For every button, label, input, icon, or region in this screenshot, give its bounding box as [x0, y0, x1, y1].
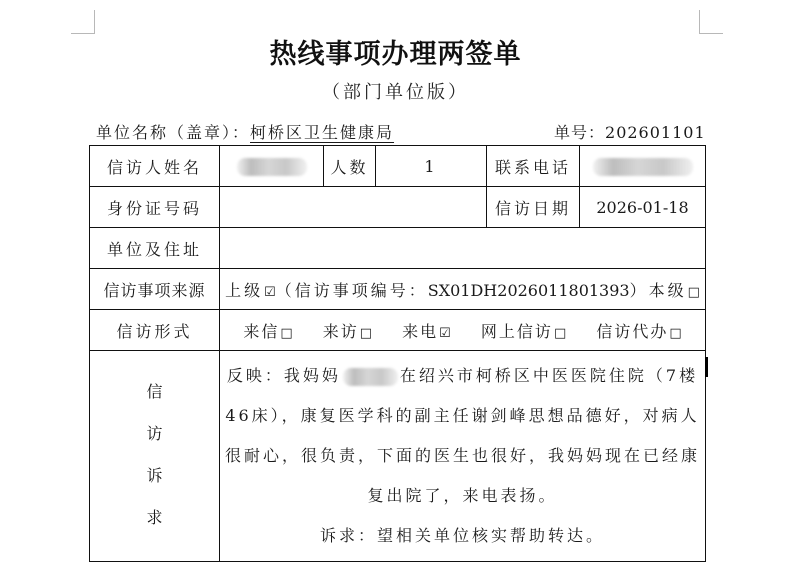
- serial-number-line: 单号：202601101: [554, 120, 706, 143]
- address-field[interactable]: [220, 228, 706, 269]
- table-row: 信访人姓名 人数 1 联系电话: [90, 146, 706, 187]
- document-subtitle: （部门单位版）: [0, 78, 791, 104]
- table-row: 单位及住址: [90, 228, 706, 269]
- case-number-suffix: ）: [630, 281, 649, 300]
- serial-label: 单号：: [554, 123, 605, 142]
- form-type-label: 信访形式: [90, 310, 220, 351]
- case-number-prefix: （信访事项编号：: [276, 281, 428, 300]
- appeal-label: 信 访 诉 求: [90, 351, 220, 562]
- form-option-label: 来访: [323, 322, 359, 341]
- page-corner-mark-top-left: [71, 10, 95, 34]
- form-option-checkbox[interactable]: □: [280, 326, 292, 341]
- visit-date-field[interactable]: 2026-01-18: [580, 187, 706, 228]
- form-option-label: 信访代办: [596, 322, 668, 341]
- source-superior-label: 上级: [225, 281, 263, 300]
- source-superior-checkbox[interactable]: ☑: [264, 285, 276, 300]
- unit-label: 单位名称（盖章）：: [96, 123, 250, 142]
- form-option-online[interactable]: 网上信访□: [481, 322, 566, 341]
- form-option-visit[interactable]: 来访□: [323, 322, 372, 341]
- unit-name[interactable]: 柯桥区卫生健康局: [250, 123, 394, 142]
- text-cursor: [705, 357, 708, 377]
- form-option-label: 来信: [243, 322, 279, 341]
- id-number-field[interactable]: [220, 187, 487, 228]
- source-local-label: 本级: [649, 281, 687, 300]
- appeal-line-5: 诉求：望相关单位核实帮助转达。: [220, 516, 705, 556]
- appeal-line-1: 反映：我妈妈在绍兴市柯桥区中医医院住院（7楼: [220, 356, 705, 396]
- form-option-checkbox[interactable]: □: [669, 326, 681, 341]
- redacted-name: [343, 368, 398, 386]
- appeal-label-char: 诉: [90, 455, 219, 497]
- page-corner-mark-top-right: [699, 10, 723, 34]
- appeal-text: 在绍兴市柯桥区中医医院住院（7楼: [400, 366, 698, 385]
- appeal-label-char: 信: [90, 371, 219, 413]
- form-type-options: 来信□ 来访□ 来电☑ 网上信访□ 信访代办□: [220, 310, 706, 351]
- appeal-label-char: 求: [90, 497, 219, 539]
- table-row: 信访事项来源 上级☑（信访事项编号：SX01DH2026011801393）本级…: [90, 269, 706, 310]
- form-option-label: 网上信访: [481, 322, 553, 341]
- document-title: 热线事项办理两签单: [0, 32, 791, 71]
- source-field: 上级☑（信访事项编号：SX01DH2026011801393）本级□: [220, 269, 706, 310]
- form-option-checkbox[interactable]: □: [360, 326, 372, 341]
- form-option-checkbox[interactable]: □: [554, 326, 566, 341]
- petition-form-table: 信访人姓名 人数 1 联系电话 身份证号码 信访日期 2026-01-18 单位…: [89, 145, 706, 562]
- form-option-proxy[interactable]: 信访代办□: [596, 322, 681, 341]
- form-option-label: 来电: [402, 322, 438, 341]
- phone-label: 联系电话: [487, 146, 580, 187]
- phone-field[interactable]: [580, 146, 706, 187]
- form-option-phone[interactable]: 来电☑: [402, 322, 451, 341]
- petitioner-name-field[interactable]: [220, 146, 324, 187]
- redacted-name: [237, 158, 307, 176]
- appeal-text: 反映：我妈妈: [227, 366, 341, 385]
- address-label: 单位及住址: [90, 228, 220, 269]
- redacted-phone: [593, 158, 693, 176]
- table-row: 信访形式 来信□ 来访□ 来电☑ 网上信访□ 信访代办□: [90, 310, 706, 351]
- petitioner-name-label: 信访人姓名: [90, 146, 220, 187]
- count-label: 人数: [324, 146, 376, 187]
- appeal-label-char: 访: [90, 413, 219, 455]
- case-number: SX01DH2026011801393: [428, 281, 630, 300]
- appeal-content[interactable]: 反映：我妈妈在绍兴市柯桥区中医医院住院（7楼 46床），康复医学科的副主任谢剑峰…: [220, 351, 706, 562]
- source-local-checkbox[interactable]: □: [688, 285, 700, 300]
- form-option-letter[interactable]: 来信□: [243, 322, 292, 341]
- source-label: 信访事项来源: [90, 269, 220, 310]
- visit-date-label: 信访日期: [487, 187, 580, 228]
- table-row: 身份证号码 信访日期 2026-01-18: [90, 187, 706, 228]
- appeal-line-3: 很耐心，很负责，下面的医生也很好，我妈妈现在已经康: [220, 436, 705, 476]
- table-row: 信 访 诉 求 反映：我妈妈在绍兴市柯桥区中医医院住院（7楼 46床），康复医学…: [90, 351, 706, 562]
- unit-line: 单位名称（盖章）：柯桥区卫生健康局: [96, 120, 394, 143]
- appeal-line-4: 复出院了，来电表扬。: [220, 476, 705, 516]
- id-number-label: 身份证号码: [90, 187, 220, 228]
- count-field[interactable]: 1: [376, 146, 487, 187]
- form-option-checkbox[interactable]: ☑: [439, 326, 451, 341]
- serial-number[interactable]: 202601101: [605, 123, 706, 142]
- appeal-line-2: 46床），康复医学科的副主任谢剑峰思想品德好，对病人: [220, 396, 705, 436]
